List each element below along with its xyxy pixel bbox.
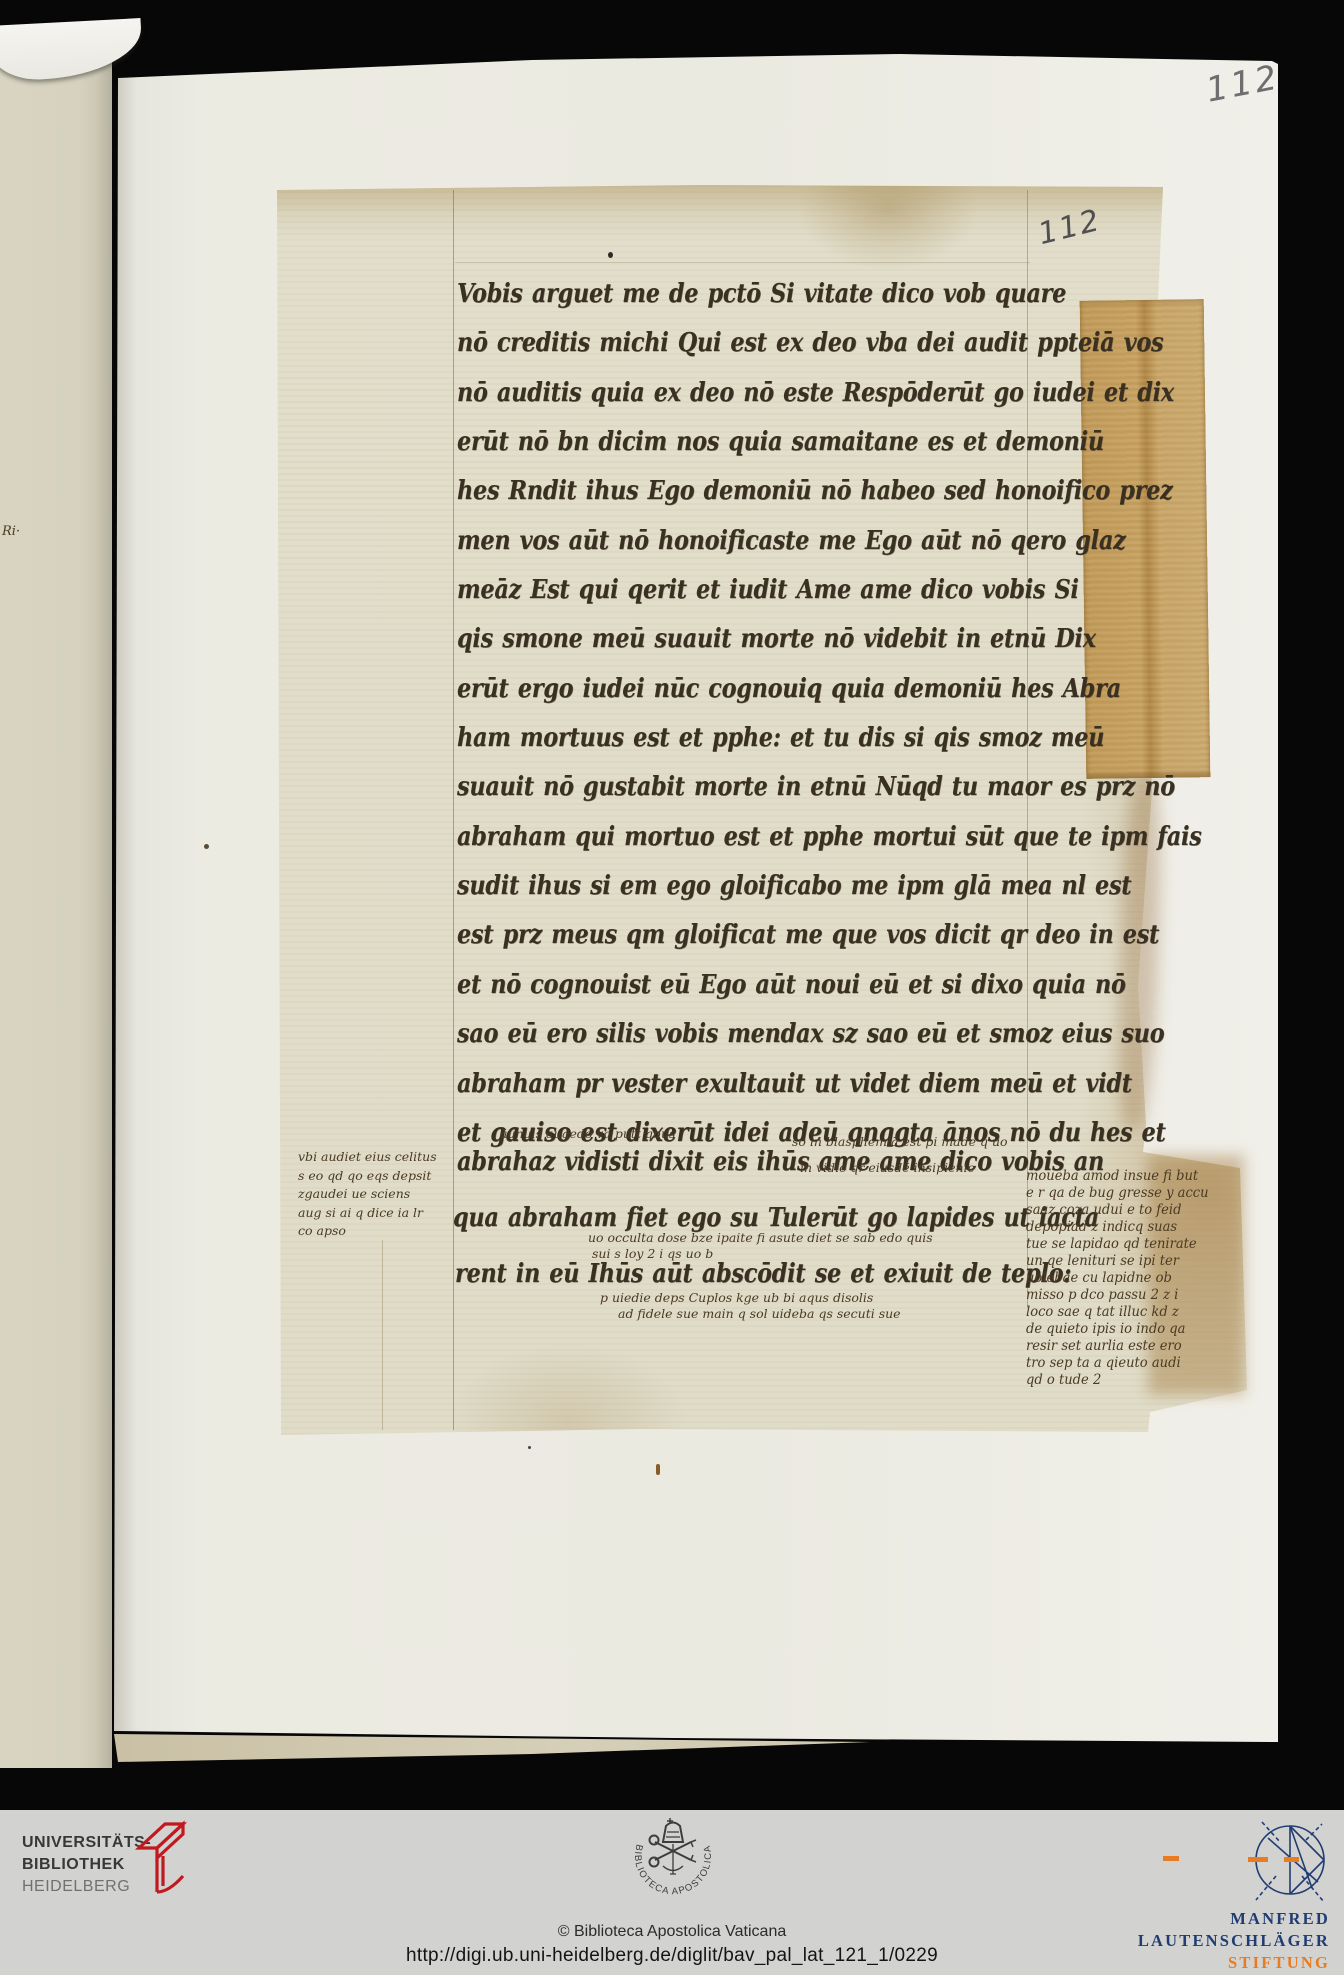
text-line: erūt nō bn dicim nos quia samaitane es e… [457,418,954,467]
library-name-line3: HEIDELBERG [22,1878,130,1896]
text-line: suauit nō gustabit morte in etnū Nūqd tu… [457,763,954,812]
gloss-line: qd o tude 2 [1026,1372,1209,1389]
library-name-line1: UNIVERSITÄTS- [22,1834,151,1852]
spine-text-fragment: Ri· [2,524,20,539]
text-line: et nō cognouist eū Ego aūt noui eū et si… [457,961,954,1010]
text-line: hes Rndit ihus Ego demoniū nō habeo sed … [457,467,954,516]
interlinear-gloss: so in blasphemiā est pi made q uo [792,1134,1008,1149]
text-line: ham mortuus est et pphe: et tu dis si qi… [457,714,954,763]
gloss-line: co apso [298,1222,437,1241]
foundation-name-line2: LAUTENSCHLÄGER [1138,1930,1330,1952]
stain-speck [528,1446,531,1449]
foundation-name-line3: STIFTUNG [1228,1952,1330,1974]
foundation-dash [1163,1856,1179,1861]
interlinear-gloss: uo occulta dose bze ipaite fi asute diet… [588,1230,933,1245]
page-curl-edge [0,18,143,82]
vatican-seal-ring-text: BIBLIOTECA APOSTOLICA VATICANA [625,1814,714,1897]
gloss-line: resir set aurlia este ero [1026,1338,1209,1355]
gloss-line: un qe lenituri se ipi ter [1026,1253,1209,1270]
text-line: sao eū ero silis vobis mendax sz sao eū … [457,1010,954,1059]
gloss-line: loco sae q tat illuc kd z [1026,1304,1209,1321]
ruling-line-top [455,262,1030,263]
text-line: men vos aūt nō honoificaste me Ego aūt n… [457,517,954,566]
text-line: abraham pr vester exultauit ut videt die… [457,1060,954,1109]
gloss-line: de quieto ipis io indo qa [1026,1321,1209,1338]
text-line: erūt ergo iudei nūc cognouiq quia demoni… [457,665,954,714]
gloss-line: vbi audiet eius celitus [298,1148,437,1167]
interlinear-gloss: ad fidele sue main q sol uideba qs secut… [618,1306,901,1321]
ruling-line-left [453,190,454,1430]
gloss-line: zgaudei ue sciens [298,1185,437,1204]
book-spine-pages: Ri· [0,28,112,1768]
ruling-line-lower-left [382,1240,383,1430]
vatican-seal-icon: BIBLIOTECA APOSTOLICA VATICANA [625,1814,721,1918]
gloss-line: misso p dco passu 2 z i [1026,1287,1209,1304]
text-line: nō auditis quia ex deo nō este Respōderū… [457,369,954,418]
gloss-line: uolebae cu lapidne ob [1026,1270,1209,1287]
text-line: abraham qui mortuo est et pphe mortui sū… [457,813,954,862]
text-line: nō creditis michi Qui est ex deo vba dei… [457,319,954,368]
gloss-line: s eo qd qo eqs depsit [298,1167,437,1186]
stain-speck [608,252,613,258]
left-margin-gloss: vbi audiet eius celitus s eo qd qo eqs d… [298,1148,437,1241]
library-logo-icon [133,1820,195,1906]
library-name-line2: BIBLIOTHEK [22,1856,125,1874]
main-text-block: Vobis arguet me de pctō Si vitate dico v… [457,270,1035,1158]
text-line: est prz meus qm gloificat me que vos dic… [457,911,954,960]
gloss-line: depopiad z indicq suas [1026,1219,1209,1236]
gloss-line: moueba amod insue fi but [1026,1168,1209,1185]
stain-speck [204,844,209,849]
stain-speck [656,1464,660,1475]
foundation-name-line1: MANFRED [1230,1908,1330,1930]
interlinear-gloss: āunuis augedo va putt qbus [500,1126,675,1141]
interlinear-gloss: in vidie qr eiusdē insipienie [800,1160,975,1175]
gloss-line: saaz coza udui e to feid [1026,1202,1209,1219]
svg-text:BIBLIOTECA APOSTOLICA VATICANA: BIBLIOTECA APOSTOLICA VATICANA [625,1814,714,1897]
text-line: sudit ihus si em ego gloificabo me ipm g… [457,862,954,911]
gloss-line: tro sep ta a qieuto audi [1026,1355,1209,1372]
interlinear-gloss: sui s loy 2 i qs uo b [592,1246,713,1261]
right-margin-gloss: moueba amod insue fi but e r qa de bug g… [1026,1168,1214,1389]
foundation-logo-icon [1246,1816,1338,1908]
text-line: meāz Est qui qerit et iudit Ame ame dico… [457,566,954,615]
digitized-manuscript-scan: Ri· 112 112 Vobis arguet me de pctō Si v… [0,0,1344,1975]
interlinear-gloss: p uiedie deps Cuplos kge ub bi aqus diso… [600,1290,873,1305]
gloss-line: tue se lapidao qd tenirate [1026,1236,1209,1253]
text-line: Vobis arguet me de pctō Si vitate dico v… [457,270,954,319]
text-line: qis smone meū suauit morte nō videbit in… [457,615,954,664]
gloss-line: aug si ai q dice ia lr [298,1204,437,1223]
footer-bar: UNIVERSITÄTS- BIBLIOTHEK HEIDELBERG BIBL… [0,1810,1344,1975]
gloss-line: e r qa de bug gresse y accu [1026,1185,1209,1202]
